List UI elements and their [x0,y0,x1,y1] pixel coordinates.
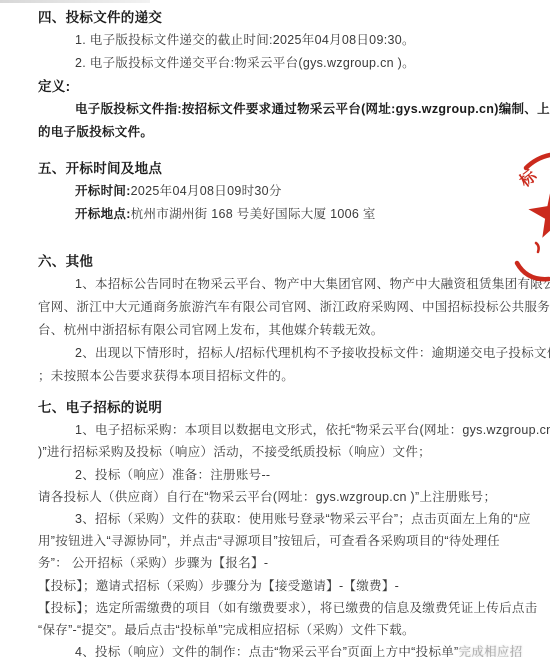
section-title: 五、开标时间及地点 [38,157,532,180]
text-line: 请各投标人（供应商）自行在“物采云平台(网址：gys.wzgroup.cn )”… [38,486,532,508]
opening-place-line: 开标地点:杭州市湖州街 168 号美好国际大厦 1006 室 [38,203,532,226]
definition-line: 的电子版投标文件。 [38,121,532,144]
opening-time-line: 开标时间:2025年04月08日09时30分 [38,180,532,203]
section-title: 六、其他 [38,250,532,273]
seal-bottom-arc [517,263,549,279]
text-line: 台、杭州中浙招标有限公司官网上发布，其他媒介转载无效。 [38,319,532,342]
section-bid-opening: 五、开标时间及地点 开标时间:2025年04月08日09时30分 开标地点:杭州… [38,157,532,226]
text-line: 1、本招标公告同时在物采云平台、物产中大集团官网、物产中大融资租赁集团有限公司 [38,273,532,296]
official-seal-stamp: 标 [510,145,550,295]
opening-place-label: 开标地点: [75,207,131,221]
seal-top-arc [526,155,550,168]
text-line: 【投标】；选定所需缴费的项目（如有缴费要求），将已缴费的信息及缴费凭证上传后点击 [38,597,532,619]
opening-place-value: 杭州市湖州街 168 号美好国际大厦 1006 室 [131,207,376,221]
text-line: 务”： 公开招标（采购）步骤为【报名】- [38,552,532,574]
section-others: 六、其他 1、本招标公告同时在物采云平台、物产中大集团官网、物产中大融资租赁集团… [38,250,532,388]
text-line: 2、投标（响应）准备：注册账号-- [38,464,532,486]
opening-time-value: 2025年04月08日09时30分 [131,184,282,198]
text-line: 1. 电子版投标文件递交的截止时间:2025年04月08日09:30。 [38,29,532,52]
text-line: )”进行招标采购及投标（响应）活动，不接受纸质投标（响应）文件； [38,441,532,463]
text-line: 2. 电子版投标文件递交平台:物采云平台(gys.wzgroup.cn )。 [38,52,532,75]
section-e-tender-instructions: 七、电子招标的说明 1、电子招标采购：本项目以数据电文形式，依托“物采云平台(网… [38,397,532,657]
document-page: 四、投标文件的递交 1. 电子版投标文件递交的截止时间:2025年04月08日0… [0,0,550,657]
section-title: 七、电子招标的说明 [38,397,532,419]
text-line-start: 4、投标（响应）文件的制作：点击“物采云平台”页面上方中“投标单” [75,645,459,657]
text-line: 官网、浙江中大元通商务旅游汽车有限公司官网、浙江政府采购网、中国招标投标公共服务… [38,296,532,319]
star-icon [528,187,550,238]
text-line: 【投标】；邀请式招标（采购）步骤分为【接受邀请】-【缴费】- [38,575,532,597]
section-bid-submission: 四、投标文件的递交 1. 电子版投标文件递交的截止时间:2025年04月08日0… [38,6,532,144]
text-line-faded-tail: 完成相应招 [459,645,523,657]
text-line: 3、招标（采购）文件的获取：使用账号登录“物采云平台”；点击页面左上角的“应 [38,508,532,530]
definition-line: 电子版投标文件指:按招标文件要求通过物采云平台(网址:gys.wzgroup.c… [38,98,532,121]
text-line: 2、出现以下情形时，招标人/招标代理机构不予接收投标文件：逾期递交电子投标文件的 [38,342,532,365]
text-line: “保存”-“提交”。最后点击“投标单”完成相应招标（采购）文件下载。 [38,619,532,641]
definition-label: 定义: [38,75,532,98]
opening-time-label: 开标时间: [75,184,131,198]
text-line-cutoff: 4、投标（响应）文件的制作：点击“物采云平台”页面上方中“投标单”完成相应招 [38,641,532,657]
text-line: ；未按照本公告要求获得本项目招标文件的。 [38,365,532,388]
scan-edge-artifact [0,0,150,3]
text-line: 1、电子招标采购：本项目以数据电文形式，依托“物采云平台(网址：gys.wzgr… [38,419,532,441]
seal-text: 标 [516,166,541,191]
document-body: 四、投标文件的递交 1. 电子版投标文件递交的截止时间:2025年04月08日0… [0,0,550,657]
text-line: 用”按钮进入“寻源协同”，并点击“寻源项目”按钮后，可查看各采购项目的“待处理任 [38,530,532,552]
section-title: 四、投标文件的递交 [38,6,532,29]
seal-small-mark [536,243,539,252]
